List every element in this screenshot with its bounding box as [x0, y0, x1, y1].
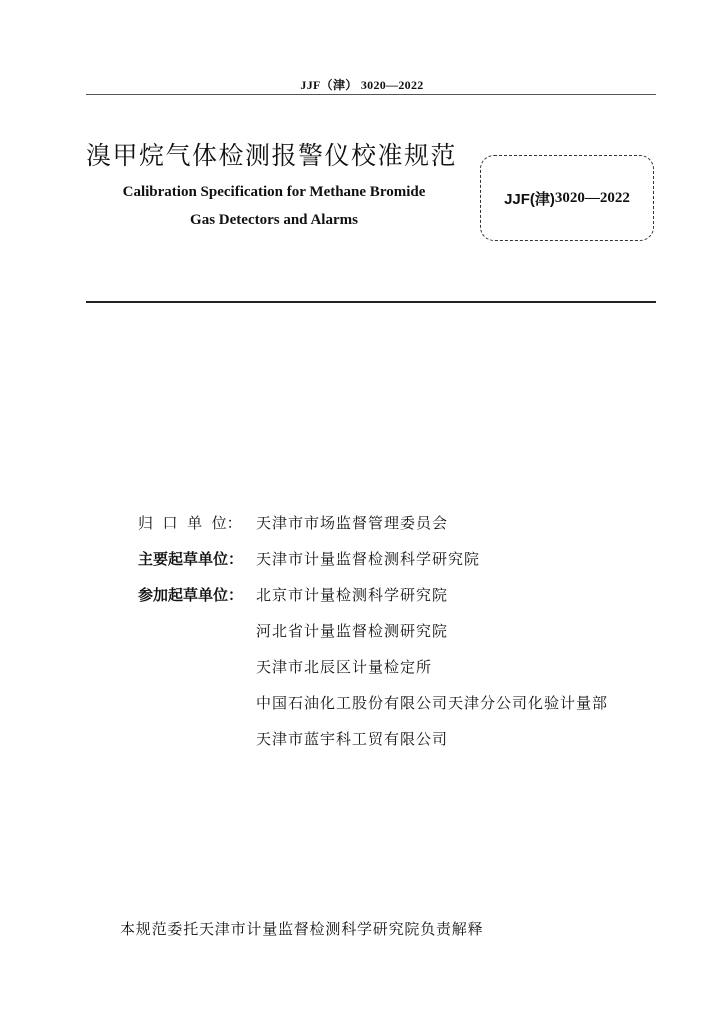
participating-unit-3: 天津市北辰区计量检定所 — [256, 656, 432, 677]
header-code: JJF（津） 3020—2022 — [0, 76, 724, 93]
responsible-unit-row: 归 口 单 位： 天津市市场监督管理委员会 — [138, 504, 608, 540]
interpretation-note: 本规范委托天津市计量监督检测科学研究院负责解释 — [120, 918, 483, 939]
main-drafter-row: 主要起草单位： 天津市计量监督检测科学研究院 — [138, 540, 608, 576]
specification-code-box: JJF(津)3020—2022 — [480, 155, 654, 241]
participating-unit-2: 河北省计量监督检测研究院 — [256, 620, 448, 641]
code-prefix: JJF(津) — [504, 188, 555, 209]
participating-unit-row: 河北省计量监督检测研究院 — [138, 612, 608, 648]
participating-unit-4: 中国石油化工股份有限公司天津分公司化验计量部 — [256, 692, 608, 713]
responsible-unit-value: 天津市市场监督管理委员会 — [256, 512, 448, 533]
responsible-unit-label: 归 口 单 位： — [138, 512, 256, 533]
participating-unit-5: 天津市蓝宇科工贸有限公司 — [256, 728, 448, 749]
title-english-line1: Calibration Specification for Methane Br… — [86, 184, 462, 201]
participating-label: 参加起草单位： — [138, 584, 256, 605]
main-drafter-label: 主要起草单位： — [138, 548, 256, 569]
participating-unit-row: 天津市蓝宇科工贸有限公司 — [138, 720, 608, 756]
participating-unit-1: 北京市计量检测科学研究院 — [256, 584, 448, 605]
title-english-line2: Gas Detectors and Alarms — [86, 212, 462, 229]
main-drafter-value: 天津市计量监督检测科学研究院 — [256, 548, 480, 569]
header-divider — [86, 94, 656, 95]
participating-unit-row: 天津市北辰区计量检定所 — [138, 648, 608, 684]
code-number: 3020—2022 — [555, 190, 630, 207]
main-divider — [86, 301, 656, 303]
participating-unit-row: 参加起草单位： 北京市计量检测科学研究院 — [138, 576, 608, 612]
drafting-units: 归 口 单 位： 天津市市场监督管理委员会 主要起草单位： 天津市计量监督检测科… — [138, 504, 608, 756]
title-chinese: 溴甲烷气体检测报警仪校准规范 — [86, 136, 457, 172]
participating-unit-row: 中国石油化工股份有限公司天津分公司化验计量部 — [138, 684, 608, 720]
